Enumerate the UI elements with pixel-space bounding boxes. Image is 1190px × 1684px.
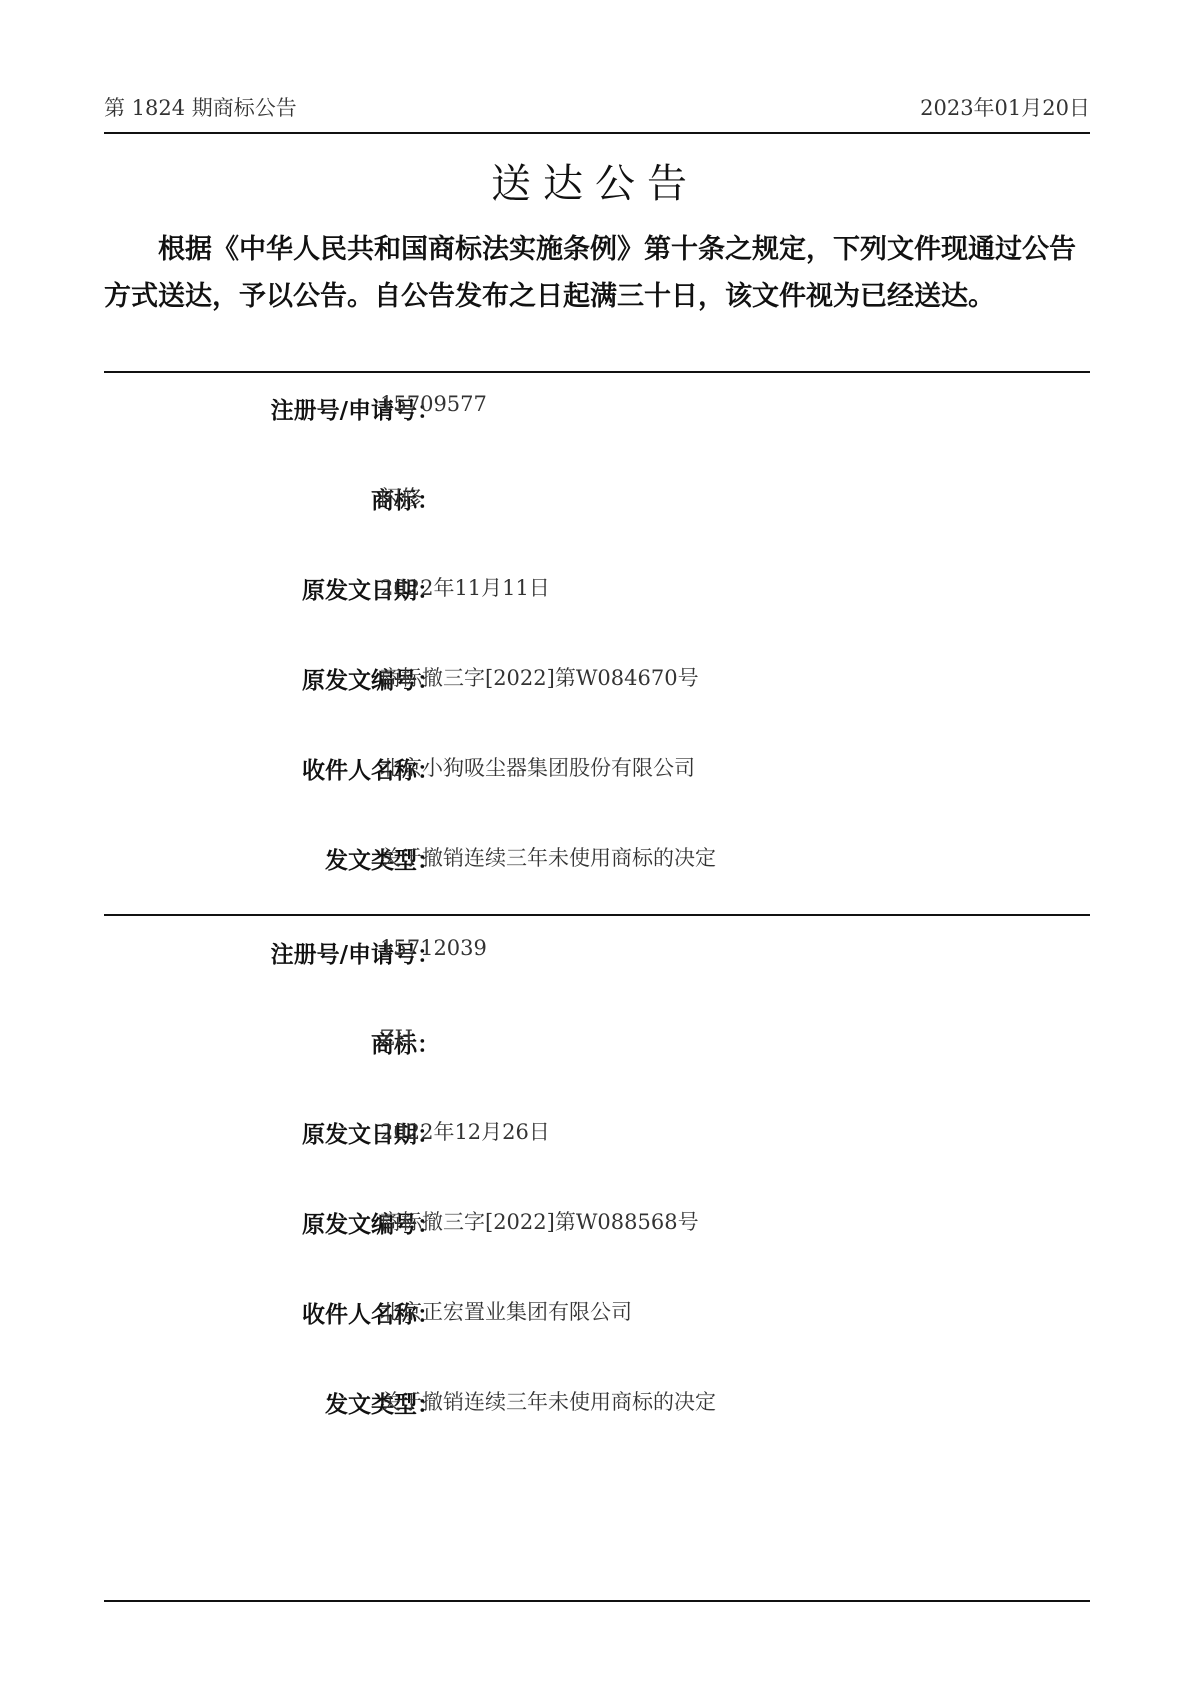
orig-date-value: 2022年11月11日 [380,572,550,602]
intro-paragraph: 根据《中华人民共和国商标法实施条例》第十条之规定，下列文件现通过公告方式送达，予… [104,226,1090,320]
recipient-value: 北京正宏置业集团有限公司 [380,1296,632,1326]
page-title: 送达公告 [0,152,1190,209]
field-recipient: 收件人名称： 北京小狗吸尘器集团股份有限公司 [104,752,1090,792]
field-recipient: 收件人名称： 北京正宏置业集团有限公司 [104,1296,1090,1336]
reg-no-value: 15712039 [380,936,487,960]
page-header: 第 1824 期商标公告 2023年01月20日 [104,92,1090,128]
doc-type-value: 关于撤销连续三年未使用商标的决定 [380,1386,716,1416]
footer-divider [104,1600,1090,1602]
trademark-value: ZH [380,1026,413,1050]
reg-no-value: 15709577 [380,392,487,416]
field-doc-type: 发文类型： 关于撤销连续三年未使用商标的决定 [104,1386,1090,1426]
section-divider [104,371,1090,373]
orig-no-value: 商标撤三字[2022]第W084670号 [380,662,699,692]
issue-date: 2023年01月20日 [920,92,1090,122]
field-reg-no: 注册号/申请号： 15712039 [104,936,1090,976]
doc-type-value: 关于撤销连续三年未使用商标的决定 [380,842,716,872]
recipient-value: 北京小狗吸尘器集团股份有限公司 [380,752,695,782]
orig-no-value: 商标撤三字[2022]第W088568号 [380,1206,699,1236]
field-doc-type: 发文类型： 关于撤销连续三年未使用商标的决定 [104,842,1090,882]
issue-number: 第 1824 期商标公告 [104,92,297,122]
section-divider [104,914,1090,916]
field-trademark: 商标： 闪修 [104,482,1090,522]
field-orig-no: 原发文编号： 商标撤三字[2022]第W088568号 [104,1206,1090,1246]
field-trademark: 商标： ZH [104,1026,1090,1066]
field-orig-date: 原发文日期： 2022年11月11日 [104,572,1090,612]
trademark-value: 闪修 [380,482,422,512]
header-divider [104,132,1090,134]
orig-date-value: 2022年12月26日 [380,1116,550,1146]
field-orig-no: 原发文编号： 商标撤三字[2022]第W084670号 [104,662,1090,702]
field-reg-no: 注册号/申请号： 15709577 [104,392,1090,432]
field-orig-date: 原发文日期： 2022年12月26日 [104,1116,1090,1156]
